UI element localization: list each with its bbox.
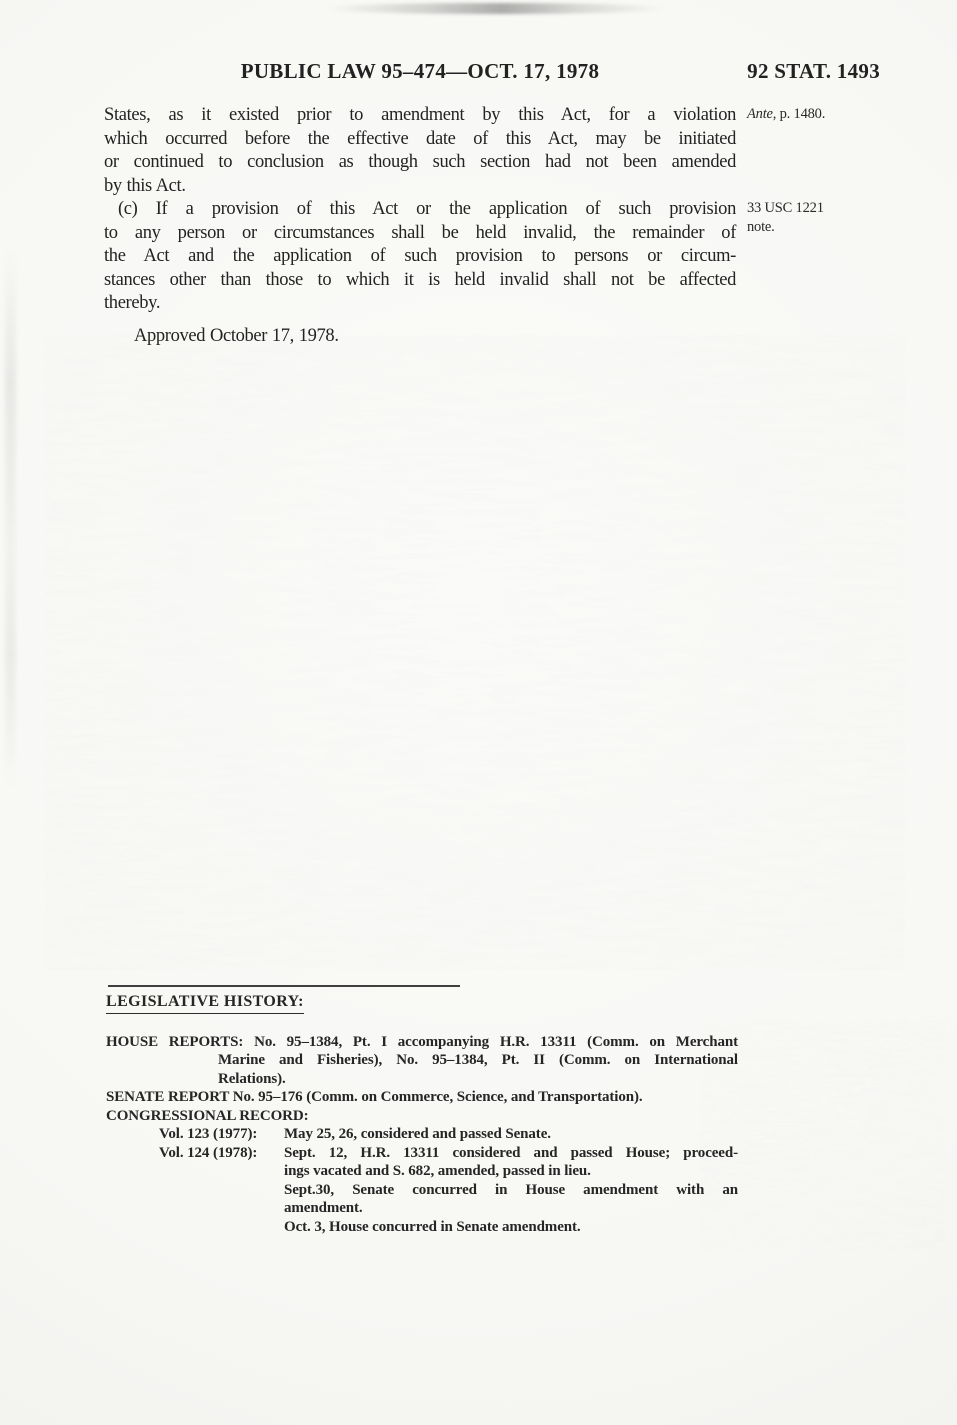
scan-smudge: [325, 3, 665, 14]
bleedthrough-texture: [45, 335, 905, 970]
record-entry: Oct. 3, House concurred in Senate amendm…: [106, 1218, 738, 1237]
body-line: stances other than those to which it is …: [104, 269, 736, 293]
body-paragraph-1: States, as it existed prior to amendment…: [104, 104, 736, 198]
record-entry: Sept.30, Senate concurred in House amend…: [106, 1181, 738, 1218]
statute-page: PUBLIC LAW 95–474—OCT. 17, 1978 92 STAT.…: [0, 0, 957, 1425]
margin-note-ante-italic: Ante: [747, 106, 773, 122]
approved-line: Approved October 17, 1978.: [104, 325, 736, 349]
body-text: States, as it existed prior to amendment…: [104, 104, 736, 348]
body-line: or continued to conclusion as though suc…: [104, 151, 736, 175]
body-line: to any person or circumstances shall be …: [104, 222, 736, 246]
record-entry: Vol. 124 (1978): Sept. 12, H.R. 13311 co…: [106, 1144, 738, 1181]
legislative-history-heading: LEGISLATIVE HISTORY:: [106, 993, 304, 1014]
legislative-history-rule: [108, 985, 460, 987]
scan-edge-streak: [5, 250, 16, 790]
house-reports-line: Relations).: [218, 1070, 738, 1089]
margin-note-ante-rest: , p. 1480.: [773, 106, 825, 122]
body-line: (c) If a provision of this Act or the ap…: [104, 198, 736, 222]
body-paragraph-c: (c) If a provision of this Act or the ap…: [104, 198, 736, 316]
house-reports-block: HOUSE REPORTS: No. 95–1384, Pt. I accomp…: [106, 1033, 738, 1089]
record-entry-line: May 25, 26, considered and passed Senate…: [284, 1125, 738, 1144]
margin-note-ante: Ante, p. 1480.: [747, 105, 865, 124]
body-line: the Act and the application of such prov…: [104, 245, 736, 269]
margin-note-usc: 33 USC 1221 note.: [747, 199, 847, 237]
record-entry-line: Oct. 3, House concurred in Senate amendm…: [284, 1218, 738, 1237]
record-entry: Vol. 123 (1977): May 25, 26, considered …: [106, 1125, 738, 1144]
stat-citation: 92 STAT. 1493: [736, 59, 880, 84]
senate-report-line: SENATE REPORT No. 95–176 (Comm. on Comme…: [106, 1088, 738, 1107]
house-reports-label: HOUSE REPORTS:: [106, 1034, 243, 1050]
congressional-record-label: CONGRESSIONAL RECORD:: [106, 1107, 738, 1126]
record-entry-line: ings vacated and S. 682, amended, passed…: [284, 1162, 738, 1181]
body-line: States, as it existed prior to amendment…: [104, 104, 736, 128]
body-line: by this Act.: [104, 175, 736, 199]
house-reports-line: Marine and Fisheries), No. 95–1384, Pt. …: [218, 1051, 738, 1070]
record-entry-line: amendment.: [284, 1199, 738, 1218]
legislative-history-section: LEGISLATIVE HISTORY: HOUSE REPORTS: No. …: [106, 985, 738, 1236]
house-reports-line: HOUSE REPORTS: No. 95–1384, Pt. I accomp…: [106, 1033, 738, 1052]
house-reports-text: No. 95–1384, Pt. I accompanying H.R. 133…: [254, 1034, 738, 1050]
body-line: which occurred before the effective date…: [104, 128, 736, 152]
record-entry-label: Vol. 123 (1977):: [159, 1125, 257, 1144]
record-entry-label: Vol. 124 (1978):: [159, 1144, 257, 1163]
page-title: PUBLIC LAW 95–474—OCT. 17, 1978: [104, 59, 736, 84]
record-entry-line: Sept. 12, H.R. 13311 considered and pass…: [284, 1144, 738, 1163]
body-line: thereby.: [104, 292, 736, 316]
record-entry-line: Sept.30, Senate concurred in House amend…: [284, 1181, 738, 1200]
